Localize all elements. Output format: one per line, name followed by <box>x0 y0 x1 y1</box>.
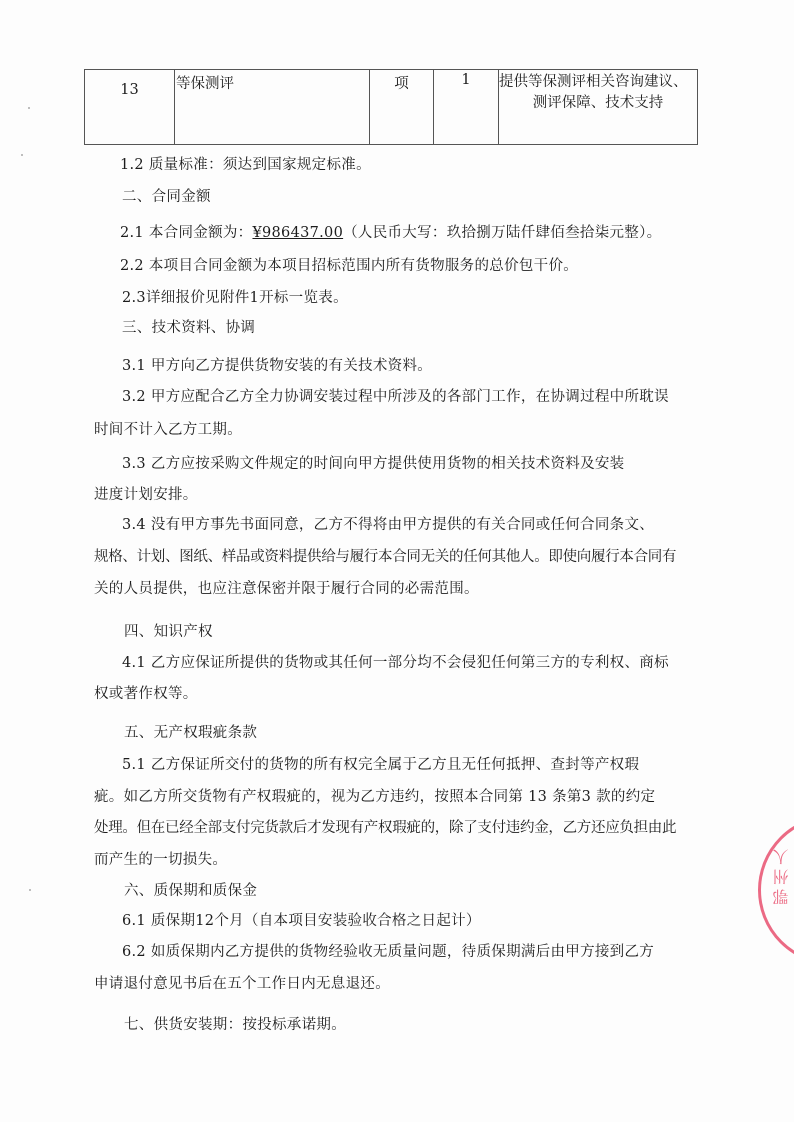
clause-3-3-line-2: 进度计划安排。 <box>94 486 198 504</box>
section-heading-5: 五、无产权瑕疵条款 <box>124 724 257 742</box>
section-heading-6: 六、质保期和质保金 <box>124 882 257 900</box>
description-line-2: 测评保障、技术支持 <box>499 93 697 114</box>
cell-no: 13 <box>85 70 175 145</box>
contract-amount: ¥986437.00 <box>252 225 343 241</box>
cell-unit: 项 <box>370 70 434 145</box>
clause-2-1-suffix: （人民币大写：玖拾捌万陆仟肆佰叁拾柒元整）。 <box>343 225 661 241</box>
section-heading-7: 七、供货安装期：按投标承诺期。 <box>124 1016 346 1034</box>
clause-2-2: 2.2 本项目合同金额为本项目招标范围内所有货物服务的总价包干价。 <box>120 257 578 275</box>
clause-2-1: 2.1 本合同金额为：¥986437.00（人民币大写：玖拾捌万陆仟肆佰叁拾柒元… <box>120 224 661 242</box>
cell-name: 等保测评 <box>175 70 370 145</box>
scan-speck <box>21 154 23 156</box>
clause-3-1: 3.1 甲方向乙方提供货物安装的有关技术资料。 <box>122 357 432 375</box>
clause-3-2-line-2: 时间不计入乙方工期。 <box>94 421 242 439</box>
clause-1-2: 1.2 质量标准：须达到国家规定标准。 <box>120 156 371 174</box>
clause-2-3: 2.3详细报价见附件1开标一览表。 <box>122 289 348 307</box>
clause-3-3-line-1: 3.3 乙方应按采购文件规定的时间向甲方提供使用货物的相关技术资料及安装 <box>122 455 624 473</box>
section-heading-4: 四、知识产权 <box>124 623 213 641</box>
clause-5-1-line-3: 处理。但在已经全部支付完货款后才发现有产权瑕疵的，除了支付违约金，乙方还应负担由… <box>94 819 676 837</box>
clause-3-4-line-2: 规格、计划、图纸、样品或资料提供给与履行本合同无关的任何其他人。即使向履行本合同… <box>94 548 676 566</box>
item-table: 13 等保测评 项 1 提供等保测评相关咨询建议、 测评保障、技术支持 <box>84 69 698 145</box>
seal-text: 鄂州人 <box>770 845 793 905</box>
scan-speck <box>28 107 30 109</box>
clause-6-2-line-2: 申请退付意见书后在五个工作日内无息退还。 <box>94 975 390 993</box>
clause-3-4-line-1: 3.4 没有甲方事先书面同意，乙方不得将由甲方提供的有关合同或任何合同条文、 <box>122 516 654 534</box>
clause-4-1-line-2: 权或著作权等。 <box>94 685 198 703</box>
clause-6-1: 6.1 质保期12个月（自本项目安装验收合格之日起计） <box>122 912 481 930</box>
clause-4-1-line-1: 4.1 乙方应保证所提供的货物或其任何一部分均不会侵犯任何第三方的专利权、商标 <box>122 654 669 672</box>
section-heading-2: 二、合同金额 <box>122 188 211 206</box>
scan-speck <box>29 889 31 891</box>
clause-5-1-line-4: 而产生的一切损失。 <box>94 851 227 869</box>
description-line-1: 提供等保测评相关咨询建议、 <box>499 72 697 93</box>
clause-5-1-line-1: 5.1 乙方保证所交付的货物的所有权完全属于乙方且无任何抵押、查封等产权瑕 <box>122 756 639 774</box>
clause-2-1-prefix: 2.1 本合同金额为： <box>120 225 252 241</box>
cell-description: 提供等保测评相关咨询建议、 测评保障、技术支持 <box>499 70 698 145</box>
clause-6-2-line-1: 6.2 如质保期内乙方提供的货物经验收无质量问题，待质保期满后由甲方接到乙方 <box>122 943 654 961</box>
cell-qty: 1 <box>434 70 499 145</box>
section-heading-3: 三、技术资料、协调 <box>122 319 255 337</box>
clause-3-4-line-3: 关的人员提供，也应注意保密并限于履行合同的必需范围。 <box>94 580 479 598</box>
clause-3-2-line-1: 3.2 甲方应配合乙方全力协调安装过程中所涉及的各部门工作，在协调过程中所耽误 <box>122 388 669 406</box>
clause-5-1-line-2: 疵。如乙方所交货物有产权瑕疵的，视为乙方违约，按照本合同第 13 条第3 款的约… <box>94 788 655 806</box>
table-row: 13 等保测评 项 1 提供等保测评相关咨询建议、 测评保障、技术支持 <box>85 70 698 145</box>
